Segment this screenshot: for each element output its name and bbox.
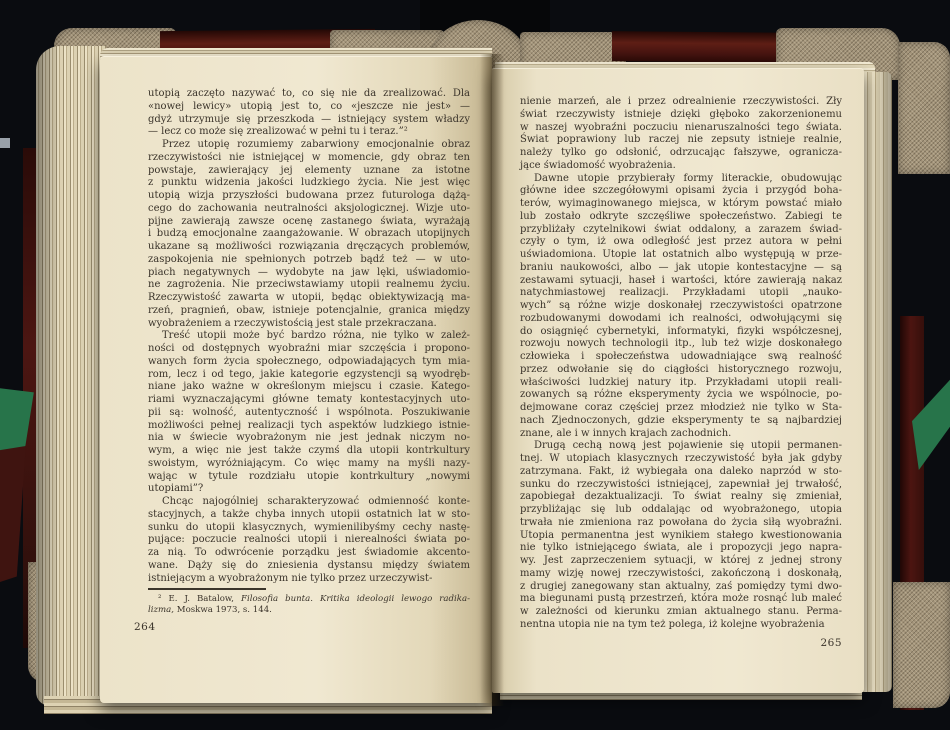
text-line: Treść utopii może być bardzo różna, nie …: [148, 330, 470, 343]
text-line: nia w świecie wyobrażonym nie jest jedna…: [148, 432, 470, 445]
text-line: człowieka i społeczeństwa udowadniające …: [520, 351, 842, 364]
footnote-italic-segment: Filosofia bunta. Kritika ideologii lewog…: [241, 594, 470, 604]
footnote-italic-segment: lizma,: [148, 605, 177, 615]
text-line: wyobrażeniem a rzeczywistością jest stal…: [148, 318, 470, 331]
text-line: istniejącym a wyobrażonym nie tylko prze…: [148, 573, 470, 586]
text-line: możliwości pełnej realizacji tych aspekt…: [148, 420, 470, 433]
text-line: natychmiastowej realizacji. Przykładami …: [520, 287, 842, 300]
text-line: sunku do utopii klasycznych, wymieniliby…: [148, 522, 470, 535]
text-line: przybliżały czytelnikowi świat oddalony,…: [520, 224, 842, 237]
text-line: ukazane są możliwości rozwiązania dręczą…: [148, 241, 470, 254]
text-line: ma biegunami pustą przestrzeń, która moż…: [520, 593, 842, 606]
text-line: Rzeczywistość zawarta w utopii, będąc ob…: [148, 292, 470, 305]
text-line: do osiągnięć cybernetyki, informatyki, f…: [520, 326, 842, 339]
text-line: swoistym, wyróżniającym. Co więc mamy na…: [148, 458, 470, 471]
cloth-corner-bottom-right: [893, 582, 950, 708]
book-photo: utopią zaczęto nazywać to, co się nie da…: [0, 0, 950, 730]
left-page-text: utopią zaczęto nazywać to, co się nie da…: [148, 88, 470, 585]
text-line: rozbudowanymi dowodami ich realności, od…: [520, 313, 842, 326]
text-line: utopią zaczęto nazywać to, co się nie da…: [148, 88, 470, 101]
text-line: rom, lecz i od tego, jakie kategorie egz…: [148, 369, 470, 382]
text-line: zestawami sytuacji, haseł i wartości, kt…: [520, 275, 842, 288]
text-line: zapobiegał dezaktualizacji. To świat rea…: [520, 491, 842, 504]
cloth-edge-right-top: [898, 42, 950, 174]
text-line: należy tylko go odsłonić, odrzucając fał…: [520, 147, 842, 160]
right-page-text: nienie marzeń, ale i przez odrealnienie …: [520, 96, 842, 632]
text-line: utopiami”?: [148, 483, 470, 496]
text-line: uświadomiona. Utopie lat ostatnich albo …: [520, 249, 842, 262]
text-line: tnej. W utopiach klasycznych rzeczywisto…: [520, 453, 842, 466]
text-line: dejmowane coraz częściej przez młodzież …: [520, 402, 842, 415]
text-line: z drugiej zanegowany stan aktualny, zaś …: [520, 581, 842, 594]
text-line: riami wyznaczającymi główne tematy konte…: [148, 394, 470, 407]
text-line: niane jako ważne w określonym miejscu i …: [148, 381, 470, 394]
text-line: świat rzeczywisty istnieje dzięki głębok…: [520, 109, 842, 122]
text-line: — lecz co może się zrealizować w pełni t…: [148, 126, 470, 139]
text-line: mamy wizję nowej rzeczywistości, zakończ…: [520, 568, 842, 581]
text-line: terów, wyimaginowanego miejsca, w którym…: [520, 198, 842, 211]
text-line: właściwości ludzkiej natury itp. Przykła…: [520, 377, 842, 390]
text-line: jące świadomość wyobrażenia.: [520, 160, 842, 173]
text-line: ności od dostępnych wyobraźni miar szczę…: [148, 343, 470, 356]
text-line: wane. Dąży się do zniesienia dystansu mi…: [148, 560, 470, 573]
text-line: powstaje, zawierający jej elementy uznan…: [148, 165, 470, 178]
text-line: z punktu widzenia jakości ludzkiego życi…: [148, 177, 470, 190]
text-line: wym, a więc nie jest także czymś dla uto…: [148, 445, 470, 458]
text-line: trwała nie zmieniona raz powołana do życ…: [520, 517, 842, 530]
text-line: nach Zjednoczonych, gdzie eksperymenty t…: [520, 415, 842, 428]
text-line: nie tylko istniejącego świata, ale i pro…: [520, 542, 842, 555]
footnote-rule: [148, 588, 266, 590]
text-line: lub zostało odkryte szczęśliwe społeczeń…: [520, 211, 842, 224]
text-line: zowanych są różne eksperymenty życia we …: [520, 389, 842, 402]
text-line: gdyż utrzymuje się przeszkoda — istnieją…: [148, 114, 470, 127]
text-line: Chcąc najogólniej scharakteryzować odmie…: [148, 496, 470, 509]
footnote: ² E. J. Batalow, Filosofia bunta. Kritik…: [148, 594, 470, 616]
text-line: przez odwołanie się do ciągłości history…: [520, 364, 842, 377]
text-line: rzeń, pragnień, obaw, istnieje potencjal…: [148, 305, 470, 318]
text-line: wych” są różne wizje doskonałej rzeczywi…: [520, 300, 842, 313]
text-line: pijne zawierają zawsze ocenę zastanego ś…: [148, 216, 470, 229]
text-line: Drugą cechą nową jest pojawienie się uto…: [520, 440, 842, 453]
text-line: utopią wizja przyszłości budowana przez …: [148, 190, 470, 203]
text-line: w naszej wyobraźni poczuciu nienaruszaln…: [520, 122, 842, 135]
text-line: Dawne utopie przybierały formy literacki…: [520, 173, 842, 186]
text-line: czyły o tym, iż owa odległość jest przez…: [520, 236, 842, 249]
text-line: zatrzymana. Fakt, iż wybiegała ona dalek…: [520, 466, 842, 479]
text-line: ne zagrożenia. Nie przeciwstawiamy utopi…: [148, 279, 470, 292]
text-line: wając w tytule rozdziału utopie kontrkul…: [148, 471, 470, 484]
gray-edge-mark: [0, 138, 10, 148]
text-line: zaspokojenia nie spełnionych potrzeb bąd…: [148, 254, 470, 267]
text-line: pii są: wolność, autentyczność i wspólno…: [148, 407, 470, 420]
text-line: wanych form życia społecznego, odpowiada…: [148, 356, 470, 369]
gutter-shadow: [480, 54, 504, 706]
text-line: za nią. To odwrócenie porządku jest świa…: [148, 547, 470, 560]
text-line: wy. Jest zaprzeczeniem sytuacji, w które…: [520, 555, 842, 568]
text-line: Utopia permanentna jest wynikiem stałego…: [520, 530, 842, 543]
text-line: nienie marzeń, ale i przez odrealnienie …: [520, 96, 842, 109]
text-line: przybliżając się lub oddalając od wyobra…: [520, 504, 842, 517]
page-number-left: 264: [134, 621, 156, 633]
footnote-line: ² E. J. Batalow, Filosofia bunta. Kritik…: [148, 594, 470, 605]
text-line: Przez utopię rozumiemy zabarwiony emocjo…: [148, 139, 470, 152]
text-line: znane, ale i w innych krajach zachodnich…: [520, 428, 842, 441]
text-line: i budzą emocjonalne zaangażowanie. W obr…: [148, 228, 470, 241]
text-line: cego do zachowania neutralności aksjolog…: [148, 203, 470, 216]
text-line: rozwoju nowych technologii itp., lub też…: [520, 338, 842, 351]
footnote-segment: Moskwa 1973, s. 144.: [177, 605, 272, 615]
text-line: nentna utopia nie na tym też polega, iż …: [520, 619, 842, 632]
text-line: «nowej lewicy» utopią jest to, co «jeszc…: [148, 101, 470, 114]
text-line: stacyjnych, a także chyba innych utopii …: [148, 509, 470, 522]
text-line: Świat poprawiony lub raczej nie zepsuty …: [520, 134, 842, 147]
text-line: piach negatywnych — wydobyte na jaw lęki…: [148, 267, 470, 280]
page-stack-left-edge: [36, 46, 106, 706]
page-number-right: 265: [520, 637, 842, 649]
footnote-segment: ² E. J. Batalow,: [158, 594, 241, 604]
text-line: w zależności od kierunku zmian aktualneg…: [520, 606, 842, 619]
text-line: braniu naukowości, albo — jak utopie kon…: [520, 262, 842, 275]
text-line: sunku do rzeczywistości istniejącej, zap…: [520, 479, 842, 492]
text-line: główne idee szczegółowymi opisami życia …: [520, 185, 842, 198]
text-line: pujące: poczucie realności utopii i nier…: [148, 534, 470, 547]
footnote-line: lizma, Moskwa 1973, s. 144.: [148, 605, 470, 616]
text-line: rzeczywistości nie istniejącej w momenci…: [148, 152, 470, 165]
